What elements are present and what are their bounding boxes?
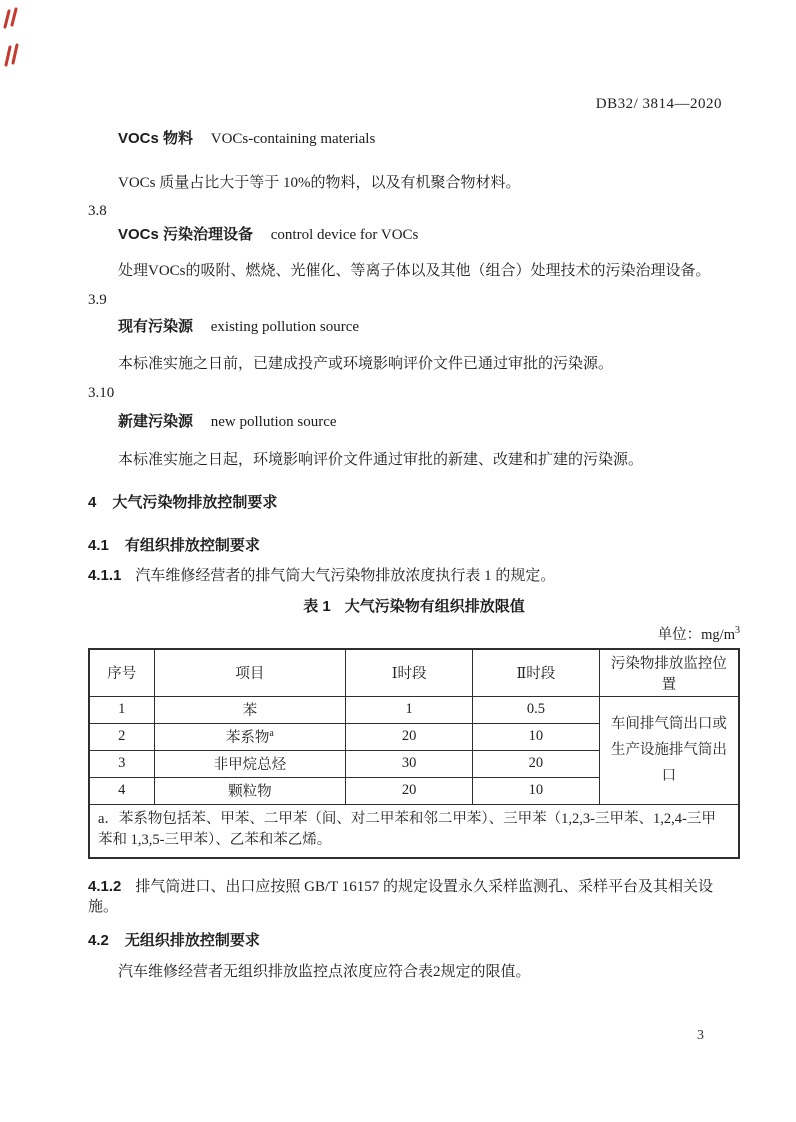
table-footnote-row: a．苯系物包括苯、甲苯、二甲苯（间、对二甲苯和邻二甲苯）、三甲苯（1,2,3-三… [89, 804, 739, 858]
table-footnote: a．苯系物包括苯、甲苯、二甲苯（间、对二甲苯和邻二甲苯）、三甲苯（1,2,3-三… [89, 804, 739, 858]
clause-text: 排气筒进口、出口应按照 GB/T 16157 的规定设置永久采样监测孔、采样平台… [88, 879, 713, 915]
term-en: control device for VOCs [271, 227, 419, 243]
heading-title: 有组织排放控制要求 [125, 537, 260, 554]
table-header-row: 序号 项目 Ⅰ时段 Ⅱ时段 污染物排放监控位置 [89, 649, 739, 697]
term-new-pollution-source: 新建污染源 new pollution source [118, 412, 740, 432]
col-header-period1: Ⅰ时段 [346, 649, 473, 697]
cell-item: 苯系物a [154, 723, 346, 750]
heading-number: 4.1 [88, 537, 109, 554]
term-existing-pollution-source: 现有污染源 existing pollution source [118, 317, 740, 337]
term-definition: 本标准实施之日起，环境影响评价文件通过审批的新建、改建和扩建的污染源。 [118, 450, 740, 470]
cell-period1: 20 [346, 723, 473, 750]
clause-4-1-2: 4.1.2排气筒进口、出口应按照 GB/T 16157 的规定设置永久采样监测孔… [88, 877, 740, 917]
term-definition: 处理VOCs的吸附、燃烧、光催化、等离子体以及其他（组合）处理技术的污染治理设备… [118, 261, 740, 281]
term-definition: 本标准实施之日前，已建成投产或环境影响评价文件已通过审批的污染源。 [118, 354, 740, 374]
col-header-item: 项目 [154, 649, 346, 697]
heading-number: 4 [88, 494, 96, 511]
heading-title: 无组织排放控制要求 [125, 932, 260, 949]
cell-period2: 10 [473, 777, 600, 804]
col-header-period2: Ⅱ时段 [473, 649, 600, 697]
heading-title: 大气污染物排放控制要求 [112, 494, 277, 511]
cell-item-text: 苯系物 [226, 730, 270, 746]
table-1-caption: 表 1大气污染物有组织排放限值 [88, 597, 740, 617]
paragraph-4-2: 汽车维修经营者无组织排放监控点浓度应符合表2规定的限值。 [118, 962, 740, 982]
cell-period1: 30 [346, 750, 473, 777]
term-zh: VOCs 物料 [118, 130, 193, 147]
red-ink-marks-icon [2, 6, 26, 76]
cell-period2: 10 [473, 723, 600, 750]
cell-period1: 20 [346, 777, 473, 804]
clause-4-1-1: 4.1.1汽车维修经营者的排气筒大气污染物排放浓度执行表 1 的规定。 [88, 566, 740, 586]
cell-item: 颗粒物 [154, 777, 346, 804]
col-header-location: 污染物排放监控位置 [599, 649, 739, 697]
term-definition: VOCs 质量占比大于等于 10%的物料，以及有机聚合物材料。 [118, 173, 740, 193]
clause-number-3-10: 3.10 [88, 383, 740, 403]
table-caption-label: 表 1 [303, 598, 331, 615]
table-unit-label: 单位：mg/m3 [88, 622, 740, 644]
section-4-1-heading: 4.1有组织排放控制要求 [88, 536, 740, 556]
section-4-heading: 4大气污染物排放控制要求 [88, 493, 740, 513]
term-en: existing pollution source [211, 319, 359, 335]
page-content: DB32/ 3814—2020 VOCs 物料 VOCs-containing … [0, 0, 796, 982]
term-en: VOCs-containing materials [211, 131, 376, 147]
term-zh: 现有污染源 [118, 318, 193, 335]
term-vocs-control-device: VOCs 污染治理设备 control device for VOCs [118, 225, 740, 245]
cell-no: 3 [89, 750, 154, 777]
cell-period2: 0.5 [473, 696, 600, 723]
clause-number-3-8: 3.8 [88, 201, 740, 221]
cell-no: 1 [89, 696, 154, 723]
unit-superscript: 3 [735, 625, 740, 636]
cell-no: 4 [89, 777, 154, 804]
clause-number-3-9: 3.9 [88, 290, 740, 310]
clause-text: 汽车维修经营者的排气筒大气污染物排放浓度执行表 1 的规定。 [135, 568, 555, 584]
cell-no: 2 [89, 723, 154, 750]
clause-number: 4.1.2 [88, 878, 121, 895]
cell-period2: 20 [473, 750, 600, 777]
cell-item-superscript: a [269, 729, 273, 740]
table-row: 1 苯 1 0.5 车间排气筒出口或生产设施排气筒出口 [89, 696, 739, 723]
term-en: new pollution source [211, 414, 337, 430]
term-vocs-material: VOCs 物料 VOCs-containing materials [118, 129, 740, 149]
term-zh: VOCs 污染治理设备 [118, 226, 253, 243]
unit-text: 单位：mg/m [658, 627, 735, 643]
cell-item: 非甲烷总烃 [154, 750, 346, 777]
clause-number: 4.1.1 [88, 567, 121, 584]
cell-monitoring-location: 车间排气筒出口或生产设施排气筒出口 [599, 696, 739, 804]
cell-period1: 1 [346, 696, 473, 723]
page-number: 3 [697, 1028, 704, 1044]
table-1-emission-limits: 序号 项目 Ⅰ时段 Ⅱ时段 污染物排放监控位置 1 苯 1 0.5 车间排气筒出… [88, 648, 740, 859]
section-4-2-heading: 4.2无组织排放控制要求 [88, 931, 740, 951]
term-zh: 新建污染源 [118, 413, 193, 430]
standard-number-header: DB32/ 3814—2020 [88, 96, 740, 113]
document-page: DB32/ 3814—2020 VOCs 物料 VOCs-containing … [0, 0, 796, 1122]
col-header-no: 序号 [89, 649, 154, 697]
heading-number: 4.2 [88, 932, 109, 949]
cell-item: 苯 [154, 696, 346, 723]
table-caption-text: 大气污染物有组织排放限值 [345, 598, 525, 615]
